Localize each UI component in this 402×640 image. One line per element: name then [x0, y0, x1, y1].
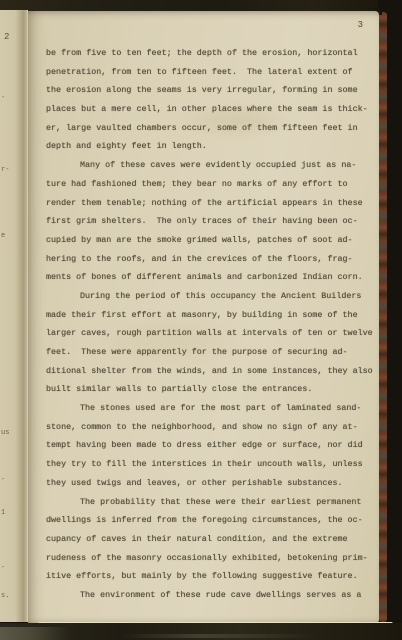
- document-page: 3 be from five to ten feet; the depth of…: [28, 11, 379, 623]
- typed-line: places but a mere cell, in other places …: [46, 100, 372, 119]
- typed-line: be from five to ten feet; the depth of t…: [46, 44, 372, 63]
- typed-line: The probability that these were their ea…: [46, 493, 372, 512]
- book-cover-bottom-edge: [0, 623, 402, 640]
- typed-line: ture had fashioned them; they bear no ma…: [46, 175, 372, 194]
- typed-line: they used twigs and leaves, or other per…: [46, 474, 372, 493]
- typed-line: itive efforts, but mainly by the followi…: [46, 567, 372, 586]
- typed-line: cupancy of caves in their natural condit…: [46, 530, 372, 549]
- text-fragment: -: [1, 565, 5, 572]
- typed-line: tempt having been made to dress either e…: [46, 436, 372, 455]
- typed-line: The stones used are for the most part of…: [46, 399, 372, 418]
- typed-line: Many of these caves were evidently occup…: [46, 156, 372, 175]
- typewritten-text-block: be from five to ten feet; the depth of t…: [46, 44, 372, 605]
- typed-line: built similar walls to partially close t…: [46, 380, 372, 399]
- typed-line: made their first effort at masonry, by b…: [46, 306, 372, 325]
- text-fragment: -: [1, 477, 5, 484]
- typed-line: ments of bones of different animals and …: [46, 268, 372, 287]
- typed-line: During the period of this occupancy the …: [46, 287, 372, 306]
- page-number: 3: [358, 20, 363, 30]
- typed-line: first grim shelters. The only traces of …: [46, 212, 372, 231]
- facing-page-edge: 2 -r-eus-1-s.: [0, 10, 28, 622]
- stacked-page-edges: [379, 12, 387, 622]
- typed-line: feet. These were apparently for the purp…: [46, 343, 372, 362]
- text-fragment: r-: [1, 167, 9, 174]
- typed-line: the erosion along the seams is very irre…: [46, 81, 372, 100]
- typed-line: er, large vaulted chambers occur, some o…: [46, 119, 372, 138]
- text-fragment: s.: [1, 593, 9, 600]
- typed-line: cupied by man are the smoke grimed walls…: [46, 231, 372, 250]
- scanned-book-photo: { "page": { "right_page_number": "3", "l…: [0, 0, 402, 640]
- desk-surface-streak: [120, 634, 320, 638]
- typed-line: dwellings is inferred from the foregoing…: [46, 511, 372, 530]
- typed-line: ditional shelter from the winds, and in …: [46, 362, 372, 381]
- desk-surface-patch: [0, 627, 70, 640]
- typed-line: stone, common to the neighborhood, and s…: [46, 418, 372, 437]
- typed-line: The environment of these rude cave dwell…: [46, 586, 372, 605]
- text-fragment: us: [1, 430, 9, 437]
- typed-line: depth and eighty feet in length.: [46, 137, 372, 156]
- typed-line: render them tenable; nothing of the arti…: [46, 194, 372, 213]
- text-fragment: e: [1, 233, 5, 240]
- text-fragment: 1: [1, 510, 5, 517]
- typed-line: penetration, from ten to fifteen feet. T…: [46, 63, 372, 82]
- typed-line: rudeness of the masonry occasionally exh…: [46, 549, 372, 568]
- text-fragment: -: [1, 95, 5, 102]
- typed-line: they try to fill the interstices in thei…: [46, 455, 372, 474]
- typed-line: larger caves, rough partition walls at i…: [46, 324, 372, 343]
- facing-page-number: 2: [4, 32, 9, 42]
- typed-line: hering to the roofs, and in the crevices…: [46, 250, 372, 269]
